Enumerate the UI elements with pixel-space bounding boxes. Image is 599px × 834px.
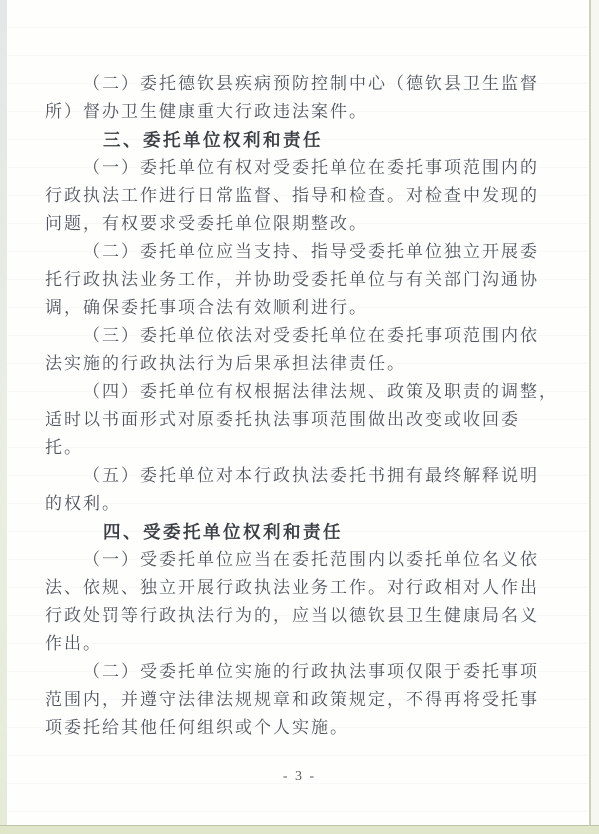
text-line: （四）委托单位有权根据法律法规、政策及职责的调整， — [45, 378, 559, 406]
section-heading: 三、委托单位权利和责任 — [45, 126, 559, 154]
text-line: 项委托给其他任何组织或个人实施。 — [45, 714, 559, 742]
text-line: 法、依规、独立开展行政执法业务工作。对行政相对人作出 — [45, 574, 559, 602]
text-line: （二）委托德钦县疾病预防控制中心（德钦县卫生监督 — [45, 70, 559, 98]
text-line: 的权利。 — [45, 490, 559, 518]
text-line: （五）委托单位对本行政执法委托书拥有最终解释说明 — [45, 462, 559, 490]
page-right-edge — [589, 0, 599, 834]
text-line: 适时以书面形式对原委托执法事项范围做出改变或收回委 — [45, 406, 559, 434]
text-line: 托。 — [45, 434, 559, 462]
text-line: 法实施的行政执法行为后果承担法律责任。 — [45, 350, 559, 378]
text-line: 范围内，并遵守法律法规规章和政策规定，不得再将受托事 — [45, 686, 559, 714]
page-number: - 3 - — [0, 769, 599, 785]
text-line: 问题，有权要求受委托单位限期整改。 — [45, 210, 559, 238]
text-line: （二）委托单位应当支持、指导受委托单位独立开展委 — [45, 238, 559, 266]
text-line: 所）督办卫生健康重大行政违法案件。 — [45, 98, 559, 126]
page-left-edge — [0, 0, 7, 834]
text-line: 行政执法工作进行日常监督、指导和检查。对检查中发现的 — [45, 182, 559, 210]
document-body: （二）委托德钦县疾病预防控制中心（德钦县卫生监督所）督办卫生健康重大行政违法案件… — [45, 70, 559, 742]
text-line: 作出。 — [45, 630, 559, 658]
text-line: 行政处罚等行政执法行为的，应当以德钦县卫生健康局名义 — [45, 602, 559, 630]
text-line: （三）委托单位依法对受委托单位在委托事项范围内依 — [45, 322, 559, 350]
text-line: 托行政执法业务工作，并协助受委托单位与有关部门沟通协 — [45, 266, 559, 294]
text-line: （二）受委托单位实施的行政执法事项仅限于委托事项 — [45, 658, 559, 686]
scanned-document-page: （二）委托德钦县疾病预防控制中心（德钦县卫生监督所）督办卫生健康重大行政违法案件… — [0, 0, 599, 834]
text-line: （一）委托单位有权对受委托单位在委托事项范围内的 — [45, 154, 559, 182]
page-bottom-edge — [0, 825, 599, 834]
text-line: 调，确保委托事项合法有效顺利进行。 — [45, 294, 559, 322]
text-line: （一）受委托单位应当在委托范围内以委托单位名义依 — [45, 546, 559, 574]
section-heading: 四、受委托单位权利和责任 — [45, 518, 559, 546]
